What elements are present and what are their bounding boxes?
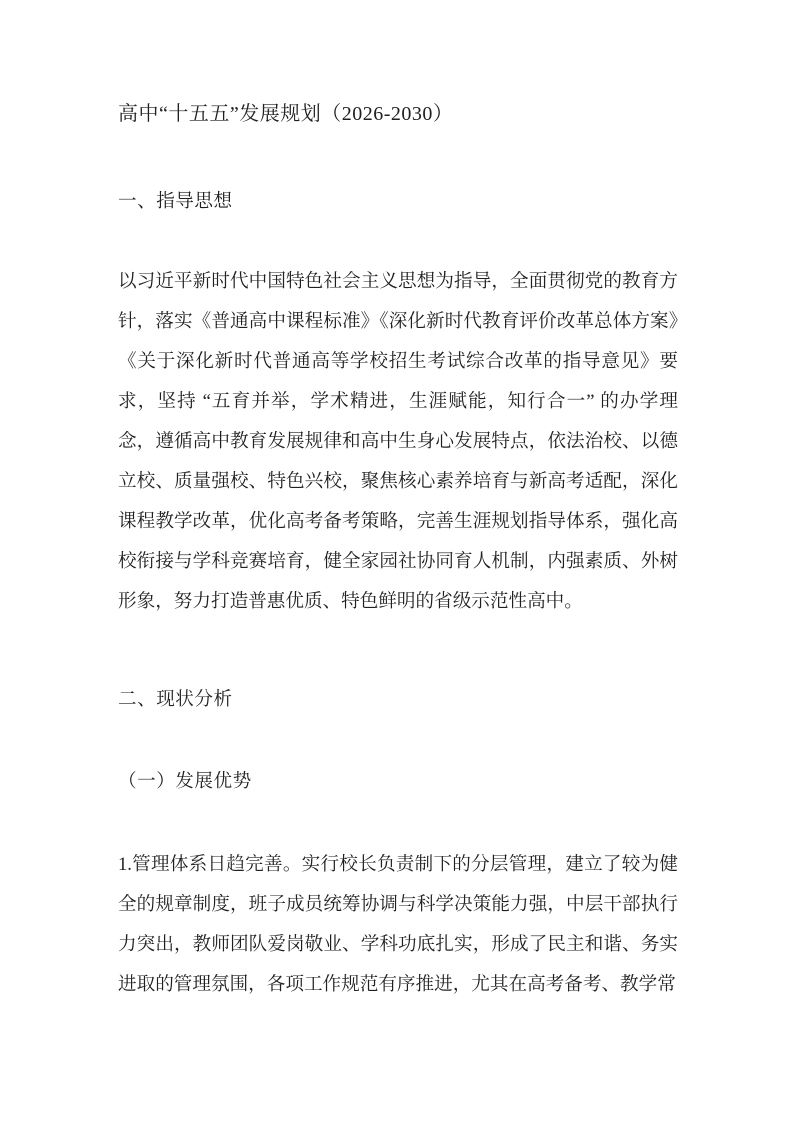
subsection-heading-development-advantages: （一）发展优势 (118, 762, 678, 802)
document-page: 高中“十五五”发展规划（2026-2030） 一、指导思想 以习近平新时代中国特… (118, 0, 678, 1005)
paragraph-guiding-ideology: 以习近平新时代中国特色社会主义思想为指导，全面贯彻党的教育方针，落实《普通高中课… (118, 262, 678, 622)
paragraph-management-system: 1.管理体系日趋完善。实行校长负责制下的分层管理，建立了较为健全的规章制度，班子… (118, 845, 678, 1005)
section-heading-guiding-ideology: 一、指导思想 (118, 182, 678, 222)
document-title: 高中“十五五”发展规划（2026-2030） (118, 94, 678, 134)
section-heading-status-analysis: 二、现状分析 (118, 680, 678, 720)
